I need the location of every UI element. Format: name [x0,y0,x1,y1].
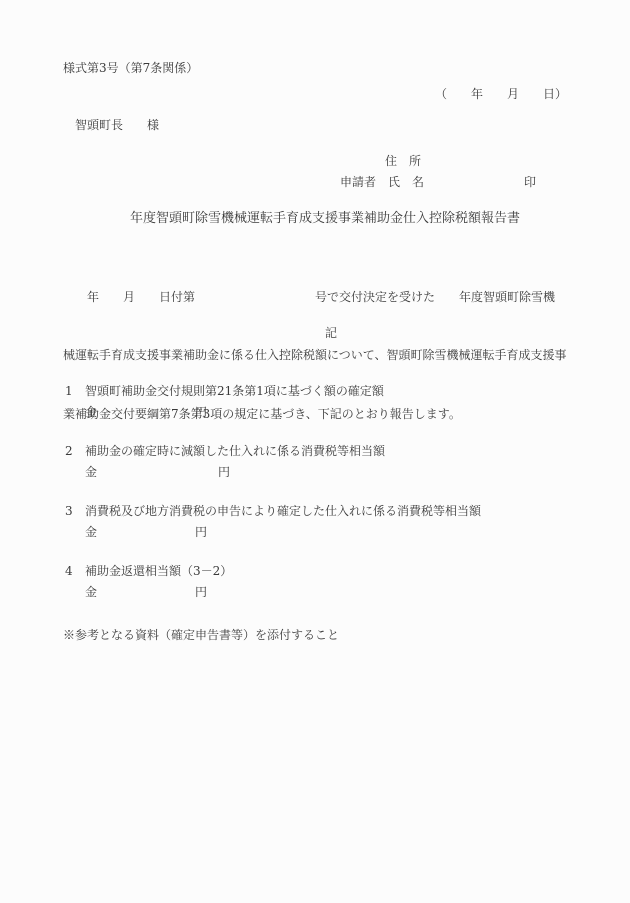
amount-prefix: 金 [85,465,97,479]
date-line: （ 年 月 日） [435,85,567,104]
item-number: 4 [65,562,85,581]
amount-blank [97,535,195,536]
body-paragraph-line-1: 年 月 日付第 号で交付決定を受けた 年度智頭町除雪機 [63,287,571,308]
item-label: 消費税及び地方消費税の申告により確定した仕入れに係る消費税等相当額 [85,504,481,518]
item-label: 補助金返還相当額（3－2） [85,564,232,578]
document-page: 様式第3号（第7条関係） （ 年 月 日） 智頭町長 様 住 所 申請者 氏 名… [0,0,630,903]
amount-prefix: 金 [85,585,97,599]
body-paragraph: 年 月 日付第 号で交付決定を受けた 年度智頭町除雪機 械運転手育成支援事業補助… [63,250,571,462]
amount-blank [97,475,218,476]
item-label: 智頭町補助金交付規則第21条第1項に基づく額の確定額 [85,384,384,398]
item-number: 1 [65,382,85,401]
applicant-name-row: 申請者 氏 名 [340,173,424,192]
amount-suffix: 円 [195,405,207,419]
amount-prefix: 金 [85,405,97,419]
amount-prefix: 金 [85,525,97,539]
footnote: ※参考となる資料（確定申告書等）を添付すること [63,626,339,645]
form-number: 様式第3号（第7条関係） [63,59,198,78]
item-number: 3 [65,502,85,521]
amount-suffix: 円 [195,525,207,539]
amount-suffix: 円 [195,585,207,599]
addressee: 智頭町長 様 [75,116,159,135]
amount-blank [97,415,195,416]
item-label: 補助金の確定時に減額した仕入れに係る消費税等相当額 [85,444,385,458]
document-title: 年度智頭町除雪機械運転手育成支援事業補助金仕入控除税額報告書 [130,209,520,229]
applicant-address-label: 住 所 [385,152,421,171]
seal-label: 印 [524,173,536,192]
body-paragraph-line-2: 械運転手育成支援事業補助金に係る仕入控除税額について、智頭町除雪機械運転手育成支… [63,345,571,366]
amount-suffix: 円 [218,465,230,479]
item-number: 2 [65,442,85,461]
amount-blank [97,595,195,596]
record-marker: 記 [0,324,630,343]
